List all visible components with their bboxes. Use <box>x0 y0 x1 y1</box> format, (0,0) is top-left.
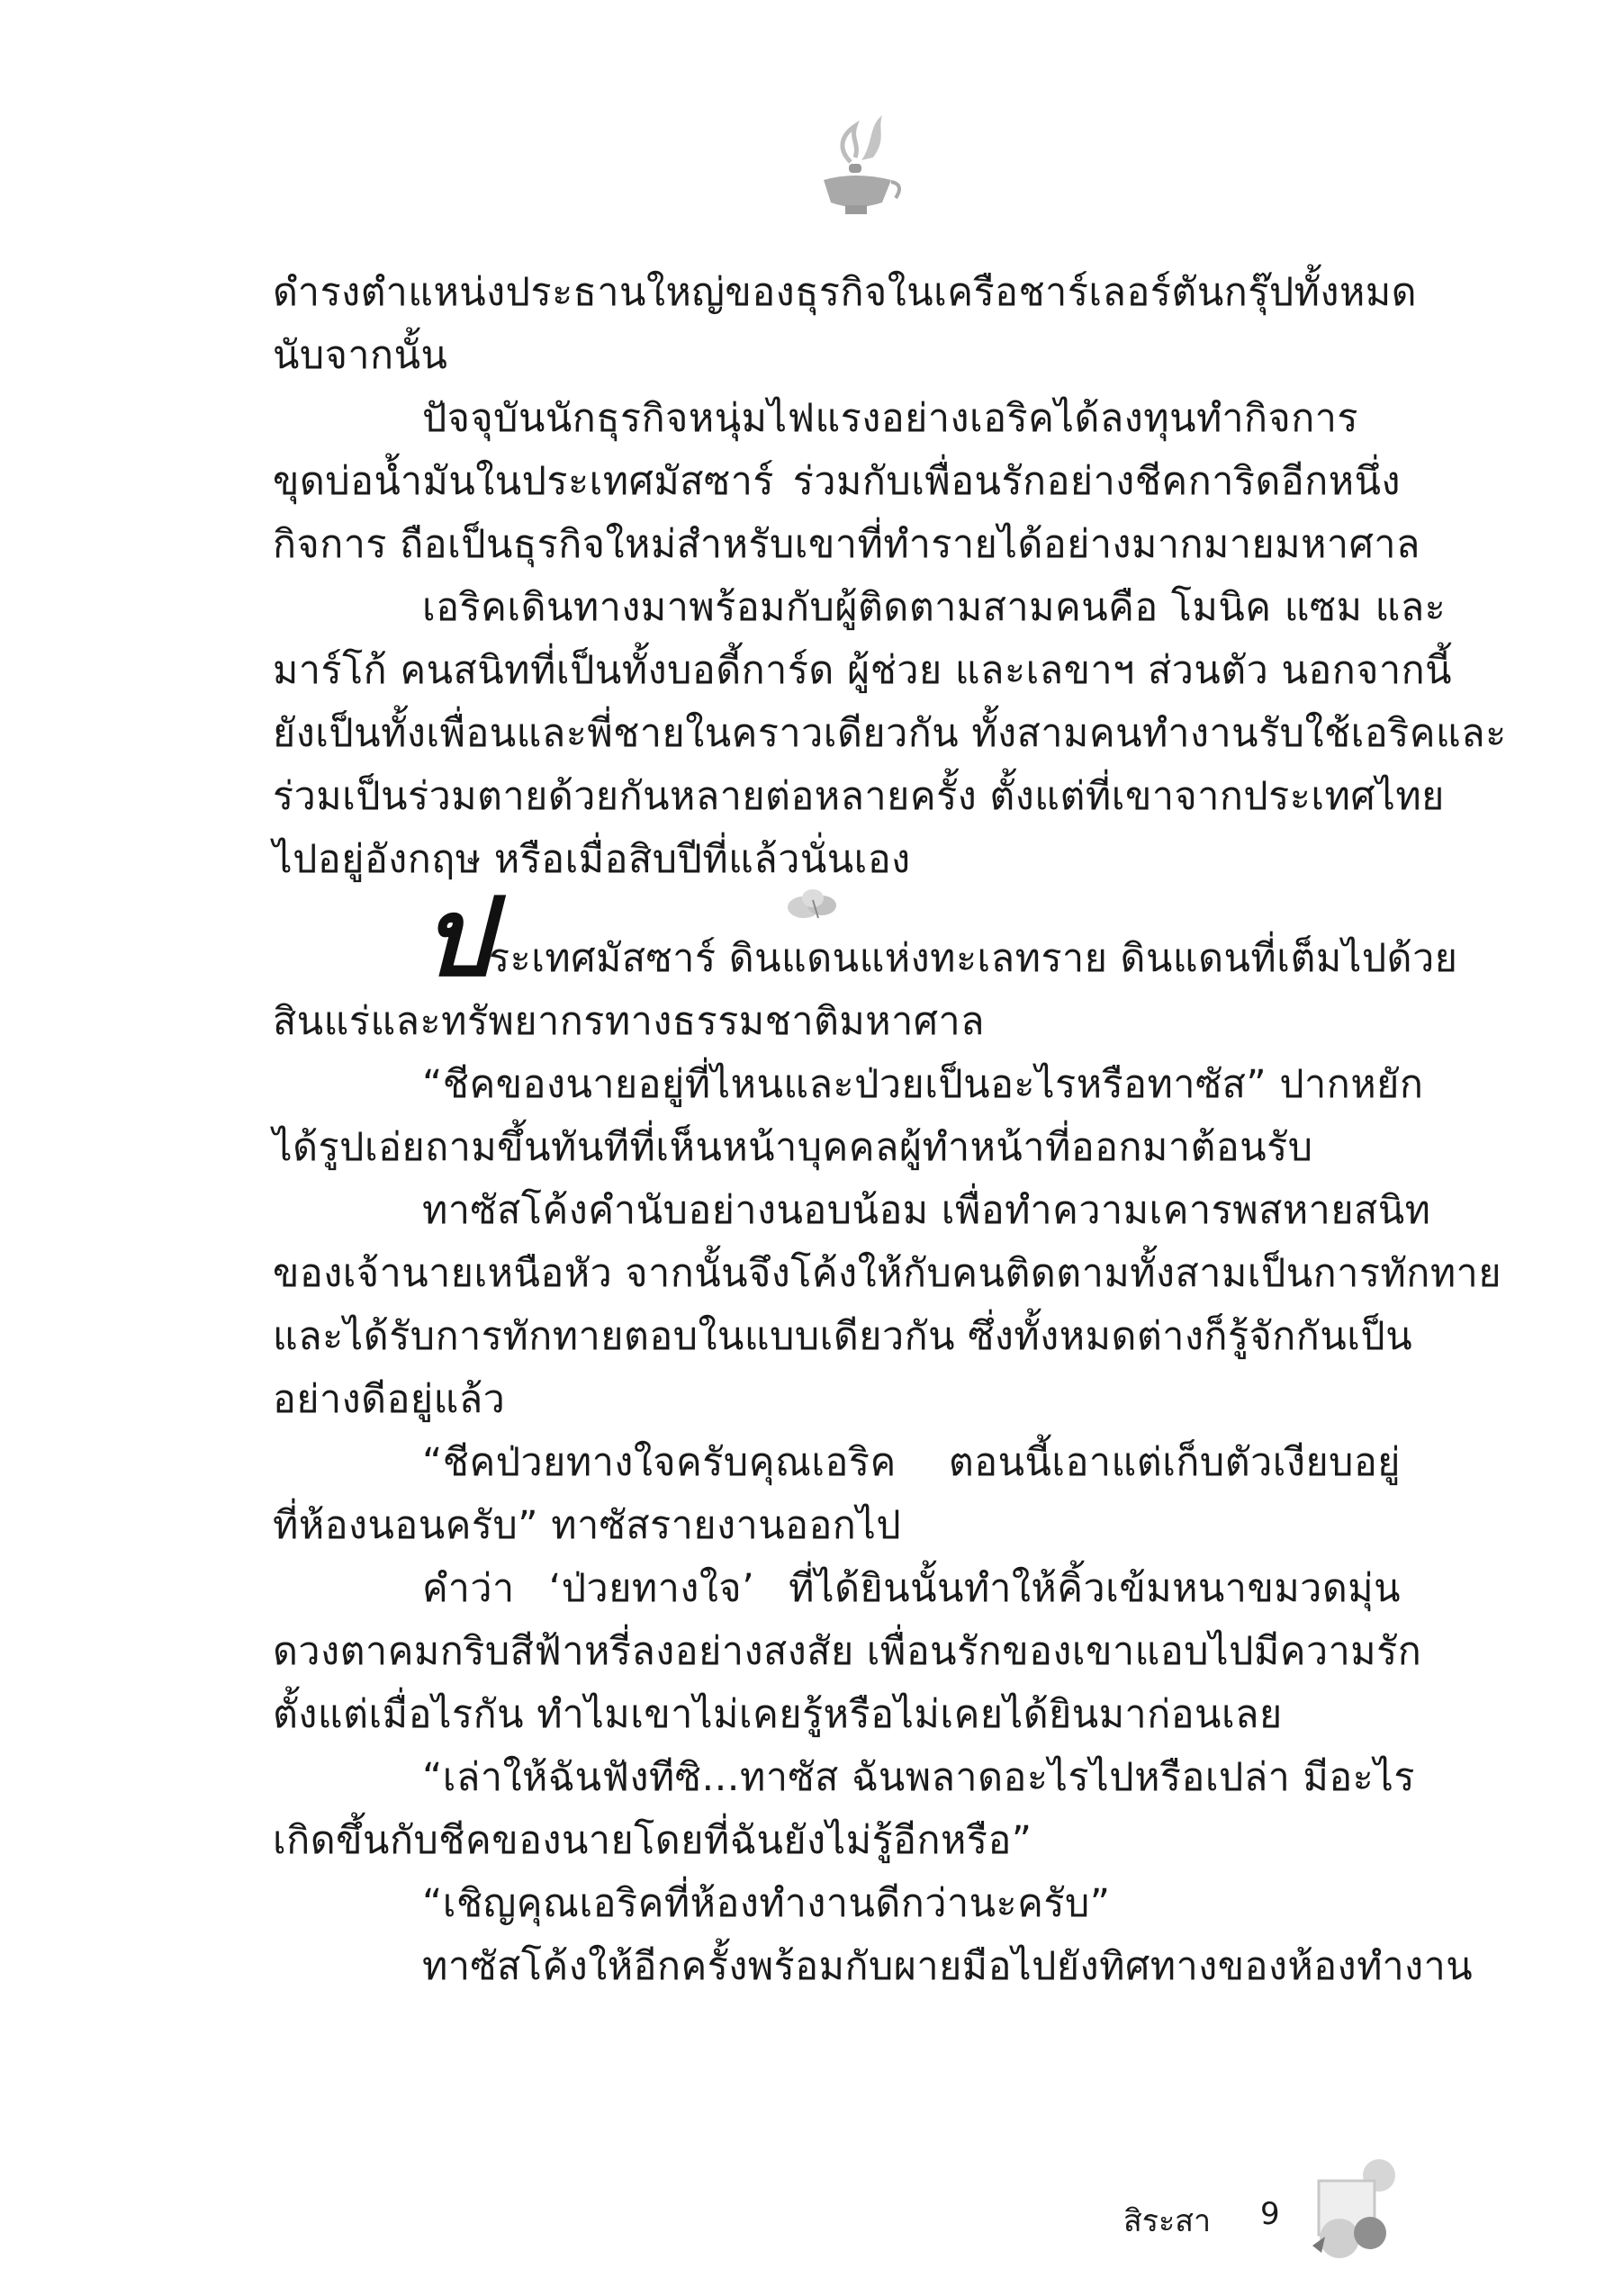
text-line: “เล่าให้ฉันฟังทีซิ...ทาซัส ฉันพลาดอะไรไป… <box>273 1746 1401 1809</box>
text-line: ได้รูปเอ่ยถามขึ้นทันทีที่เห็นหน้าบุคคลผู… <box>273 1116 1401 1179</box>
text-line: ดวงตาคมกริบสีฟ้าหรี่ลงอย่างสงสัย เพื่อนร… <box>273 1620 1401 1683</box>
text-line: คำว่า ‘ป่วยทางใจ’ ที่ได้ยินนั้นทำให้คิ้ว… <box>273 1557 1401 1620</box>
text-line: ปัจจุบันนักธุรกิจหนุ่มไฟแรงอย่างเอริคได้… <box>273 387 1401 450</box>
glass-with-fruit-icon <box>1305 2156 1404 2264</box>
text-line: ยังเป็นทั้งเพื่อนและพี่ชายในคราวเดียวกัน… <box>273 702 1401 765</box>
dropcap-letter: ป <box>422 884 491 992</box>
page-number: 9 <box>1260 2196 1280 2232</box>
text-line: “ชีคป่วยทางใจครับคุณเอริค ตอนนี้เอาแต่เก… <box>273 1431 1401 1494</box>
text-line: ขุดบ่อน้ำมันในประเทศมัสซาร์ ร่วมกับเพื่อ… <box>273 450 1401 513</box>
section-2: สินแร่และทรัพยากรทางธรรมชาติมหาศาล“ชีคขอ… <box>273 990 1401 1998</box>
text-line: นับจากนั้น <box>273 324 1401 387</box>
section-1: ดำรงตำแหน่งประธานใหญ่ของธุรกิจในเครือชาร… <box>273 261 1401 891</box>
text-line: ทาซัสโค้งคำนับอย่างนอบน้อม เพื่อทำความเค… <box>273 1179 1401 1242</box>
text-line: “ชีคของนายอยู่ที่ไหนและป่วยเป็นอะไรหรือท… <box>273 1053 1401 1116</box>
teapot-icon <box>806 108 905 225</box>
text-line: อย่างดีอยู่แล้ว <box>273 1368 1401 1431</box>
text-line: “เชิญคุณเอริคที่ห้องทำงานดีกว่านะครับ” <box>273 1872 1401 1935</box>
text-line: ร่วมเป็นร่วมตายด้วยกันหลายต่อหลายครั้ง ต… <box>273 765 1401 828</box>
page-body: ดำรงตำแหน่งประธานใหญ่ของธุรกิจในเครือชาร… <box>273 261 1401 1998</box>
text-line: มาร์โก้ คนสนิทที่เป็นทั้งบอดี้การ์ด ผู้ช… <box>273 639 1401 702</box>
text-line: ที่ห้องนอนครับ” ทาซัสรายงานออกไป <box>273 1494 1401 1557</box>
dropcap-rest-text: ระเทศมัสซาร์ ดินแดนแห่งทะเลทราย ดินแดนที… <box>422 927 1401 990</box>
text-line: เกิดขึ้นกับชีคของนายโดยที่ฉันยังไม่รู้อี… <box>273 1809 1401 1872</box>
text-line: ทาซัสโค้งให้อีกครั้งพร้อมกับผายมือไปยังท… <box>273 1935 1401 1998</box>
book-title: สิระสา <box>1123 2196 1211 2245</box>
text-line: กิจการ ถือเป็นธุรกิจใหม่สำหรับเขาที่ทำรา… <box>273 513 1401 576</box>
text-line: ดำรงตำแหน่งประธานใหญ่ของธุรกิจในเครือชาร… <box>273 261 1401 324</box>
flower-icon <box>777 882 849 932</box>
text-line: เอริคเดินทางมาพร้อมกับผู้ติดตามสามคนคือ … <box>273 576 1401 639</box>
dropcap-paragraph-first-line: ป ระเทศมัสซาร์ ดินแดนแห่งทะเลทราย ดินแดน… <box>273 927 1401 990</box>
text-line: ของเจ้านายเหนือหัว จากนั้นจึงโค้งให้กับค… <box>273 1242 1401 1305</box>
text-line: และได้รับการทักทายตอบในแบบเดียวกัน ซึ่งท… <box>273 1305 1401 1368</box>
text-line: ตั้งแต่เมื่อไรกัน ทำไมเขาไม่เคยรู้หรือไม… <box>273 1683 1401 1746</box>
